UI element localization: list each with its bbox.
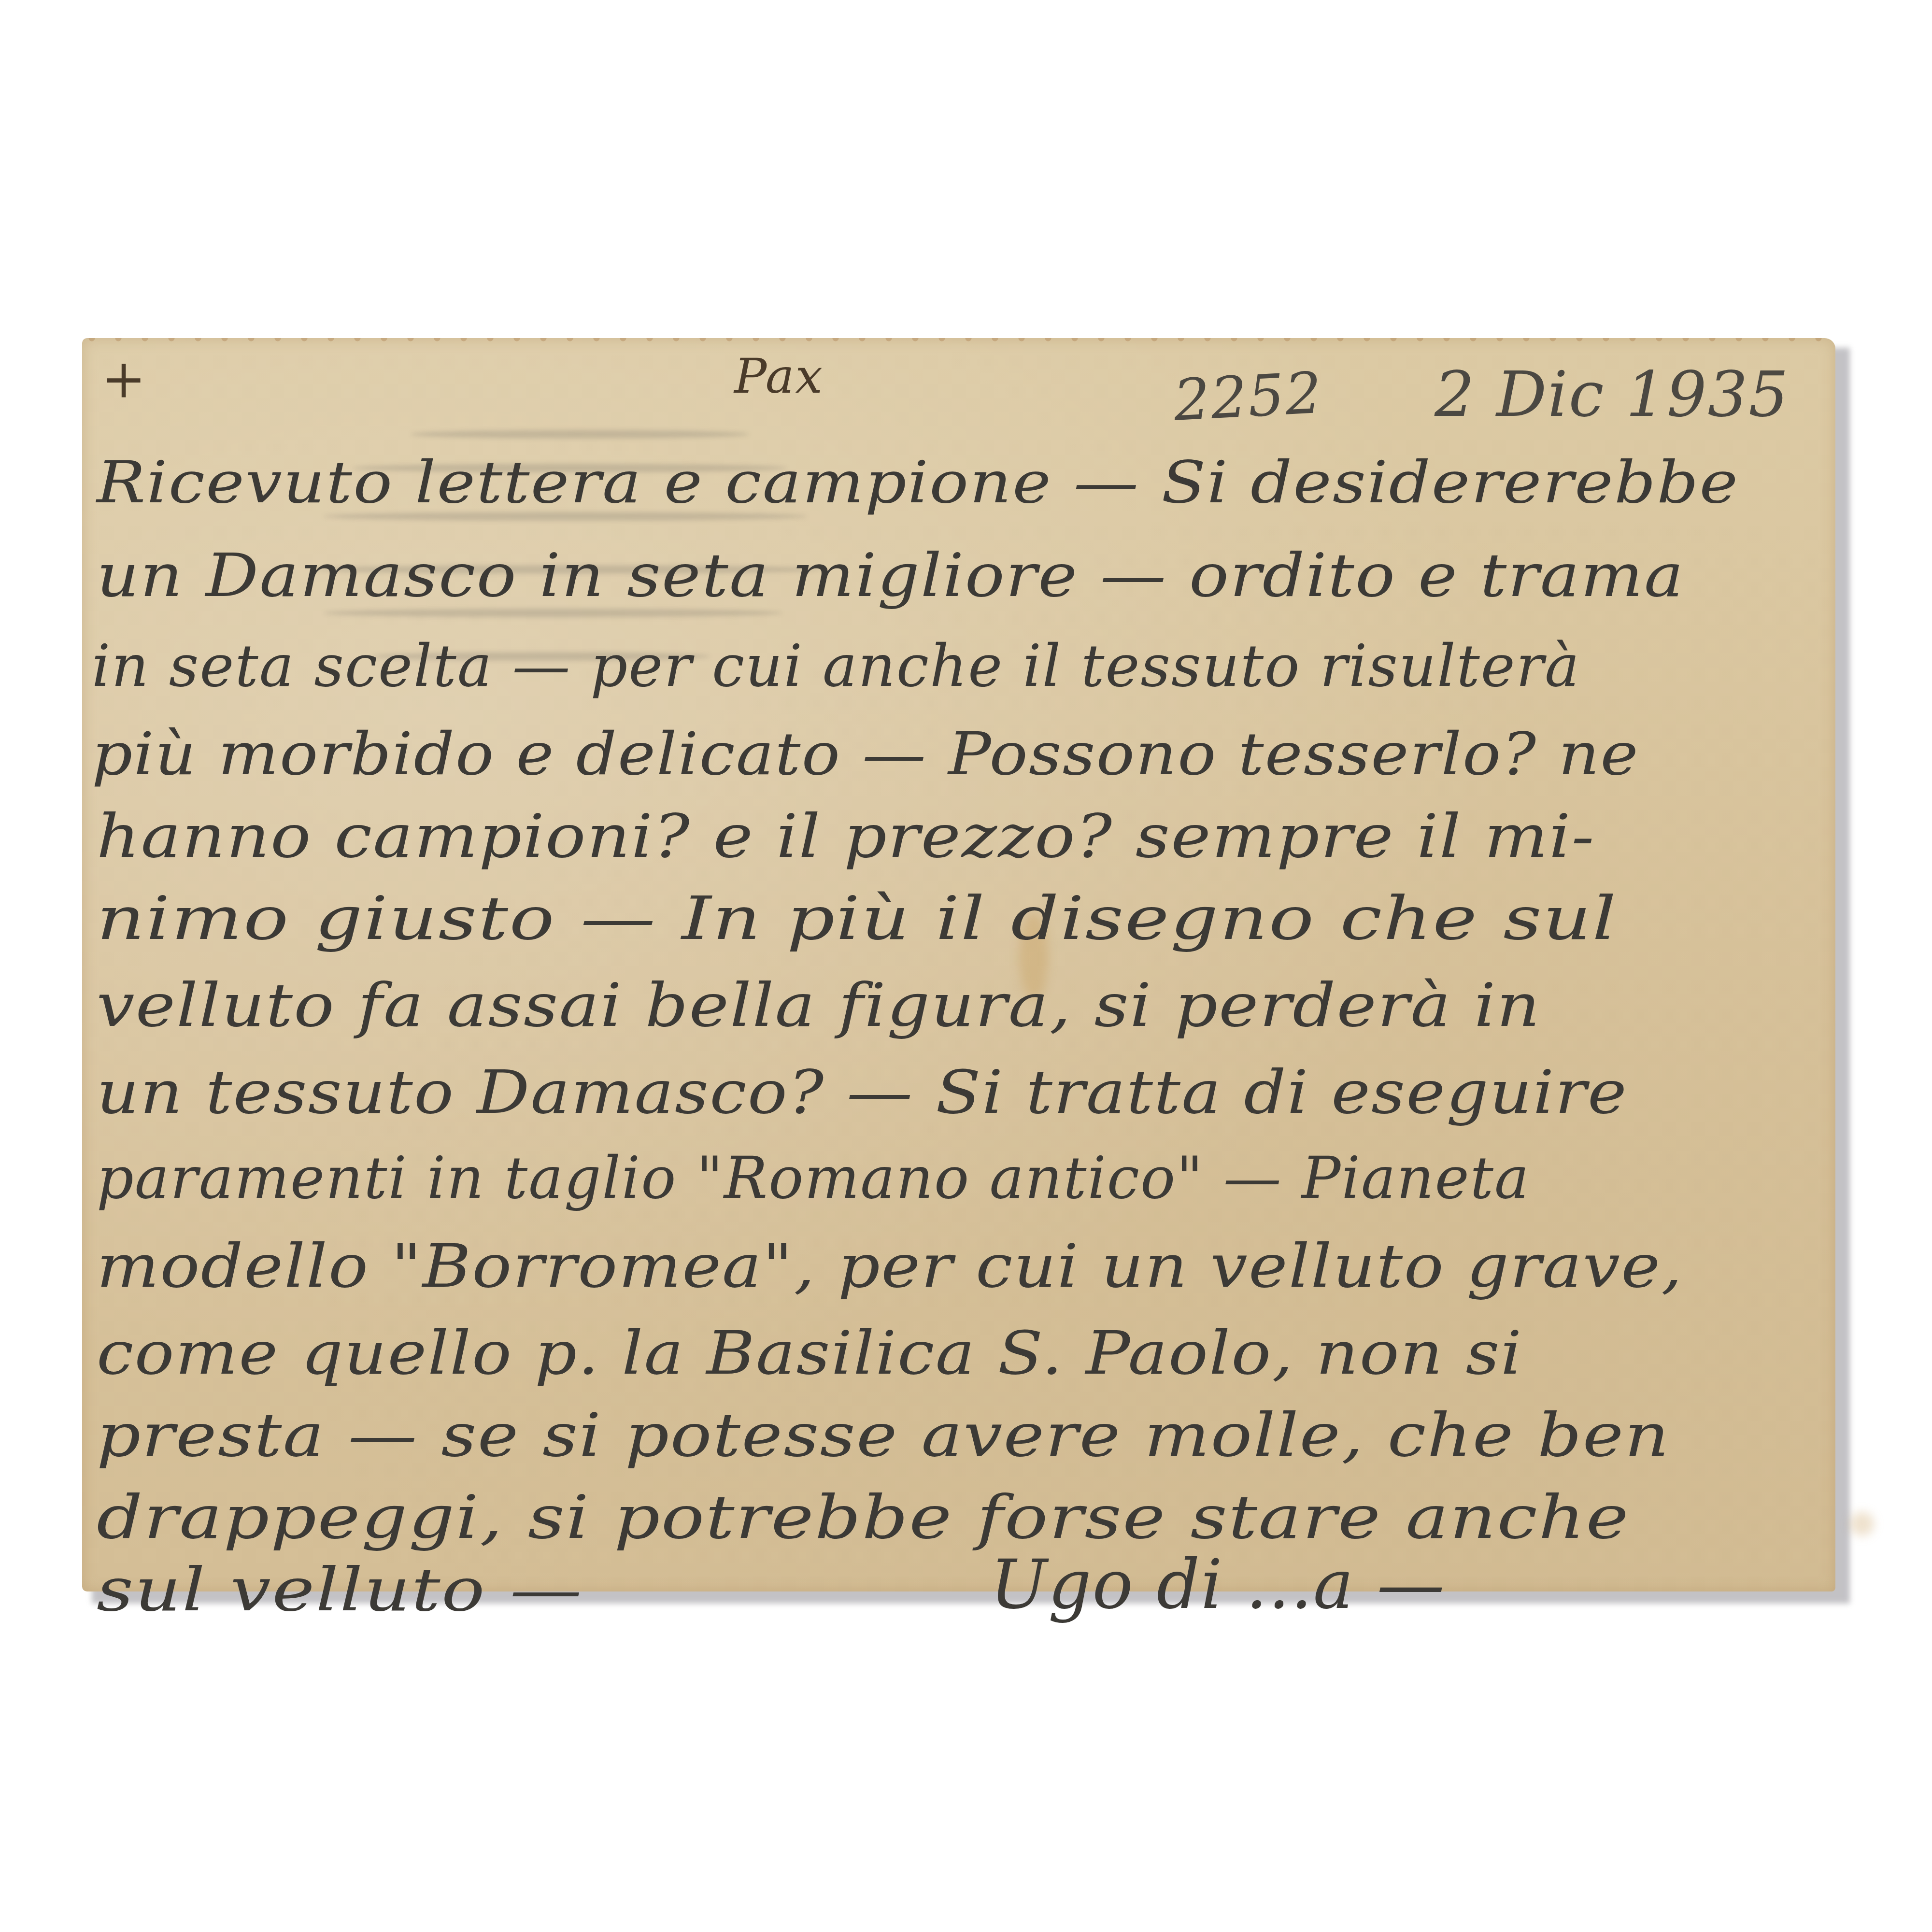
paper-stain	[1850, 1512, 1874, 1536]
body-line-1: Ricevuto lettera e campione — Si desider…	[97, 454, 1739, 512]
body-line-4: più morbido e delicato — Possono tesserl…	[92, 724, 1639, 783]
salutation-pax: Pax	[734, 348, 824, 404]
date: 2 Dic 1935	[1435, 357, 1790, 431]
body-line-8: un tessuto Damasco? — Si tratta di esegu…	[97, 1063, 1628, 1122]
body-line-7: velluto fa assai bella figura, si perder…	[97, 976, 1541, 1036]
cross-mark: +	[101, 348, 147, 410]
body-line-12: presta — se si potesse avere molle, che …	[97, 1406, 1670, 1465]
body-line-5: hanno campioni? e il prezzo? sempre il m…	[97, 807, 1595, 867]
body-line-9: paramenti in taglio "Romano antico" — Pi…	[97, 1150, 1530, 1207]
postmark-cancellation	[411, 430, 749, 439]
signature: Ugo di ...a —	[990, 1546, 1446, 1624]
body-line-3: in seta scelta — per cui anche il tessut…	[92, 638, 1580, 696]
body-line-14: sul velluto —	[97, 1560, 583, 1620]
postcard: + Pax 2252 2 Dic 1935 Ricevuto lettera e…	[82, 338, 1835, 1591]
body-line-10: modello "Borromea", per cui un velluto g…	[97, 1236, 1683, 1296]
reference-number: 2252	[1172, 359, 1324, 434]
body-line-11: come quello p. la Basilica S. Paolo, non…	[97, 1323, 1523, 1383]
body-line-2: un Damasco in seta migliore — ordito e t…	[97, 546, 1684, 606]
body-line-13: drappeggi, si potrebbe forse stare anche	[97, 1488, 1630, 1548]
body-line-6: nimo giusto — In più il disegno che sul	[97, 889, 1618, 949]
